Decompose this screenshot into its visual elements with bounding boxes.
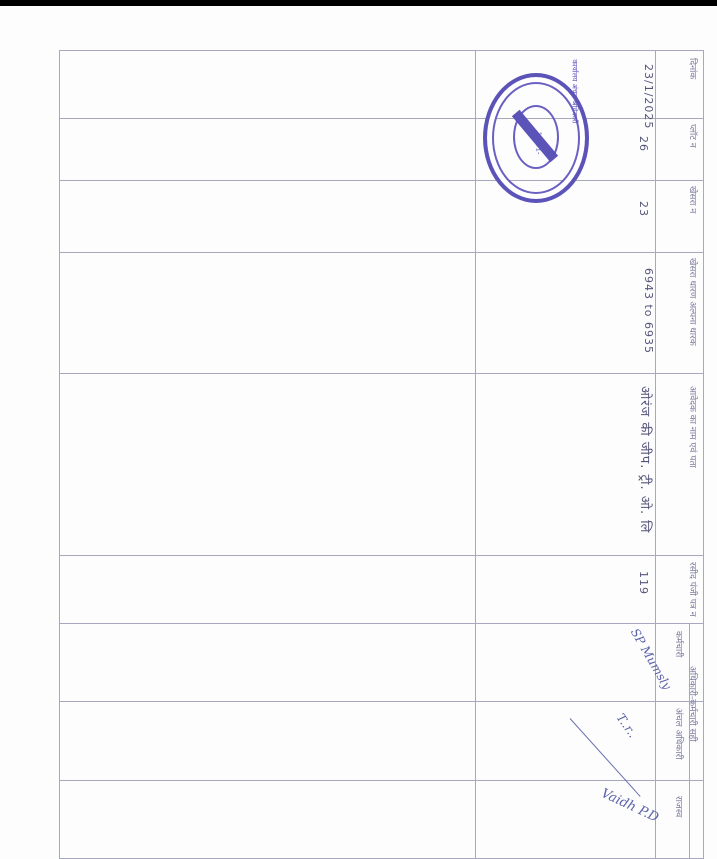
cell-plot-no: 26 (637, 136, 650, 152)
row-divider (59, 180, 704, 181)
row-divider (59, 623, 704, 624)
register-sheet: दिनांक प्लॉट न खेसरा न खेसरा धारण अल्पना… (0, 6, 717, 859)
cell-khesra-no: 23 (637, 201, 650, 217)
section-header: अधिकारी-कर्मचारी सही (687, 666, 700, 742)
row-divider (59, 555, 704, 556)
cell-area: 6943 to 6935 (642, 268, 655, 354)
header-date: दिनांक (687, 58, 700, 79)
header-area: खेसरा धारण अल्पना धारक (687, 258, 700, 368)
header-plot-no: प्लॉट न (687, 124, 700, 148)
row-divider (59, 780, 704, 781)
header-divider (655, 50, 656, 859)
header-employee: कर्मचारी (673, 631, 686, 657)
column-divider (475, 50, 476, 859)
header-receipt-no: रसीद पंजी पत्र न (687, 562, 700, 617)
signature-employee: SP Mumsly (628, 626, 674, 692)
cell-receipt-no: 119 (637, 571, 650, 595)
row-divider (59, 252, 704, 253)
cell-applicant: ओरंज की जीप. ट्री. ओ. लि (637, 386, 655, 533)
header-khesra-no: खेसरा न (687, 186, 700, 213)
table-top-border (59, 50, 704, 51)
row-divider (59, 373, 704, 374)
row-divider (59, 701, 704, 702)
official-stamp: कार्यालय अंचल अधिकारी 11-01- (483, 73, 589, 203)
header-applicant: आवेदक का नाम एवं पता (687, 386, 700, 468)
cell-date: 23/1/2025 (642, 64, 655, 129)
header-revenue: राजस्व (673, 796, 686, 817)
signature-revenue: Vaidh P.D (599, 786, 661, 826)
table-right-border (703, 50, 704, 859)
stamp-inner-text: 11-01- (534, 132, 542, 155)
stamp-outer-text: कार्यालय अंचल अधिकारी (570, 59, 579, 123)
signature-circle-officer: T..r.. (614, 711, 640, 740)
header-circle-officer: अंचल अधिकारी (673, 708, 686, 760)
row-divider (59, 118, 704, 119)
table-left-border (59, 50, 60, 859)
